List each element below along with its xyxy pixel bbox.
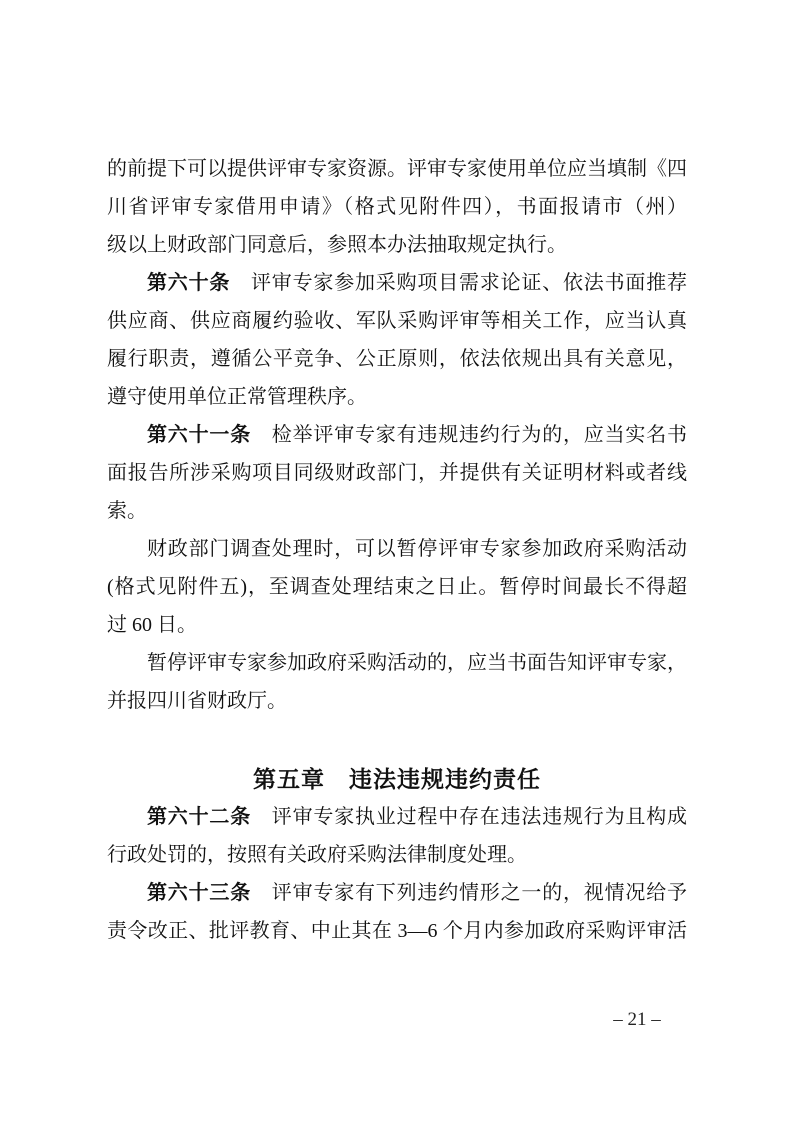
text-line: 财政部门调查处理时，可以暂停评审专家参加政府采购活动 <box>107 530 687 568</box>
article-number: 第六十条 <box>147 272 230 294</box>
article-number: 第六十二条 <box>147 806 251 828</box>
text-segment: 财政部门调查处理时，可以暂停评审专家参加政府采购活动 <box>147 538 687 560</box>
text-segment: 索。 <box>107 500 147 522</box>
text-segment: 评审专家有下列违约情形之一的，视情况给予 <box>251 882 687 904</box>
document-page: 的前提下可以提供评审专家资源。评审专家使用单位应当填制《四川省评审专家借用申请》… <box>0 0 794 1123</box>
text-line: 履行职责，遵循公平竞争、公正原则，依法依规出具有关意见， <box>107 340 687 378</box>
page-number: – 21 – <box>587 1006 687 1034</box>
chapter-heading: 第五章 违法违规违约责任 <box>107 760 687 798</box>
text-line: 第六十三条 评审专家有下列违约情形之一的，视情况给予 <box>107 874 687 912</box>
text-line: 暂停评审专家参加政府采购活动的，应当书面告知评审专家， <box>107 644 687 682</box>
text-block: 的前提下可以提供评审专家资源。评审专家使用单位应当填制《四川省评审专家借用申请》… <box>107 150 687 950</box>
article-number: 第六十三条 <box>147 882 251 904</box>
text-segment: 评审专家参加采购项目需求论证、依法书面推荐 <box>230 272 687 294</box>
text-line: 供应商、供应商履约验收、军队采购评审等相关工作，应当认真 <box>107 302 687 340</box>
text-segment: 供应商、供应商履约验收、军队采购评审等相关工作，应当认真 <box>107 310 687 332</box>
text-line: 面报告所涉采购项目同级财政部门，并提供有关证明材料或者线 <box>107 454 687 492</box>
text-line: 川省评审专家借用申请》（格式见附件四），书面报请市（州） <box>107 188 687 226</box>
text-line: 过 60 日。 <box>107 606 687 644</box>
text-segment: 暂停评审专家参加政府采购活动的，应当书面告知评审专家， <box>147 652 687 674</box>
text-segment: 遵守使用单位正常管理秩序。 <box>107 386 367 408</box>
text-line: 级以上财政部门同意后，参照本办法抽取规定执行。 <box>107 226 687 264</box>
text-line: 并报四川省财政厅。 <box>107 682 687 720</box>
text-segment: 评审专家执业过程中存在违法违规行为且构成 <box>251 806 687 828</box>
text-segment: 行政处罚的，按照有关政府采购法律制度处理。 <box>107 844 527 866</box>
text-line: 的前提下可以提供评审专家资源。评审专家使用单位应当填制《四 <box>107 150 687 188</box>
text-segment: 履行职责，遵循公平竞争、公正原则，依法依规出具有关意见， <box>107 348 687 370</box>
text-segment: 川省评审专家借用申请》（格式见附件四），书面报请市（州） <box>107 196 687 218</box>
text-line: 遵守使用单位正常管理秩序。 <box>107 378 687 416</box>
text-segment: (格式见附件五)，至调查处理结束之日止。暂停时间最长不得超 <box>107 576 687 598</box>
text-line: (格式见附件五)，至调查处理结束之日止。暂停时间最长不得超 <box>107 568 687 606</box>
text-segment: 并报四川省财政厅。 <box>107 690 287 712</box>
text-segment: 检举评审专家有违规违约行为的，应当实名书 <box>251 424 687 446</box>
article-number: 第六十一条 <box>147 424 251 446</box>
text-segment: 级以上财政部门同意后，参照本办法抽取规定执行。 <box>107 234 567 256</box>
text-segment: 责令改正、批评教育、中止其在 3—6 个月内参加政府采购评审活 <box>107 920 687 942</box>
article-number: 第五章 违法违规违约责任 <box>253 766 541 792</box>
section-gap <box>107 720 687 760</box>
text-line: 第六十二条 评审专家执业过程中存在违法违规行为且构成 <box>107 798 687 836</box>
text-line: 第六十条 评审专家参加采购项目需求论证、依法书面推荐 <box>107 264 687 302</box>
text-line: 第六十一条 检举评审专家有违规违约行为的，应当实名书 <box>107 416 687 454</box>
text-segment: 过 60 日。 <box>107 614 197 636</box>
text-line: 行政处罚的，按照有关政府采购法律制度处理。 <box>107 836 687 874</box>
text-segment: 面报告所涉采购项目同级财政部门，并提供有关证明材料或者线 <box>107 462 687 484</box>
text-segment: 的前提下可以提供评审专家资源。评审专家使用单位应当填制《四 <box>107 158 687 180</box>
text-line: 责令改正、批评教育、中止其在 3—6 个月内参加政府采购评审活 <box>107 912 687 950</box>
text-line: 索。 <box>107 492 687 530</box>
